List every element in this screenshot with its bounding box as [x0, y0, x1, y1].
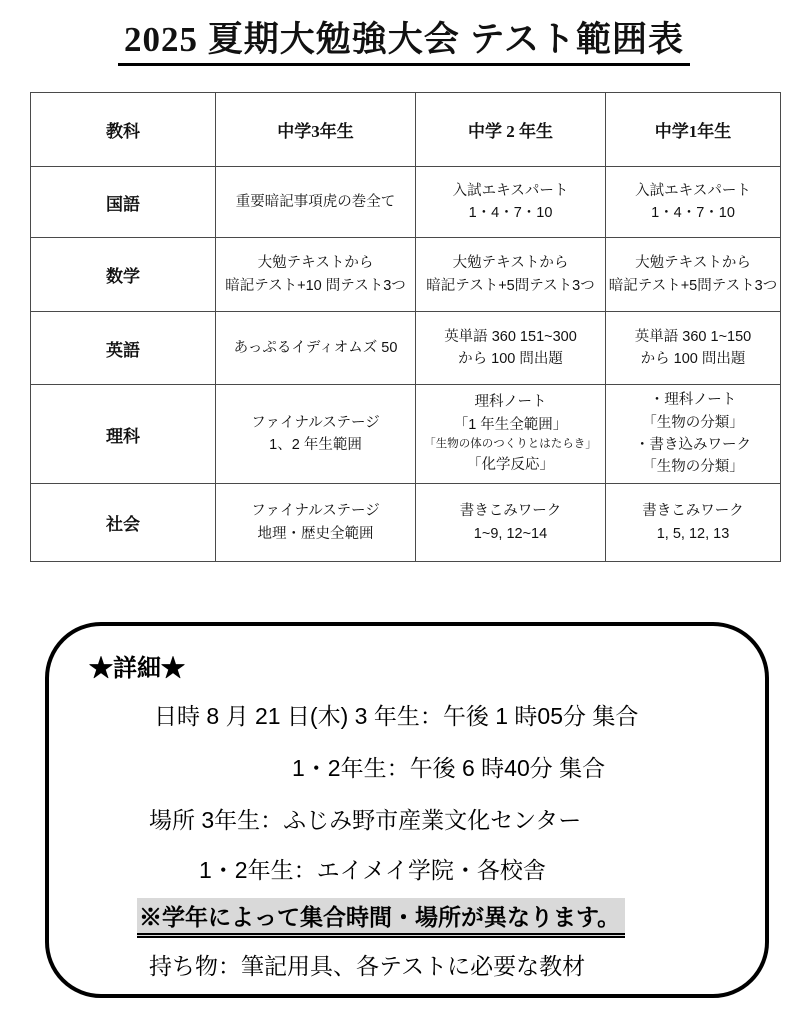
details-belongings: 持ち物：筆記用具、各テストに必要な教材 [149, 948, 585, 981]
header-cell-grade1: 中学1年生 [606, 93, 781, 167]
cell-line: 入試エキスパート [607, 180, 779, 202]
range-cell-g3: あっぷるイディオムズ 50 [216, 312, 416, 385]
cell-line: から 100 問出題 [607, 348, 779, 370]
range-cell-g1: ・理科ノート 「生物の分類」 ・書き込みワーク 「生物の分類」 [606, 385, 781, 484]
cell-line: ファイナルステージ [217, 412, 414, 434]
subject-cell: 国語 [31, 167, 216, 238]
cell-line: 入試エキスパート [417, 180, 604, 202]
subject-cell: 社会 [31, 484, 216, 562]
cell-line: 英単語 360 151~300 [417, 326, 604, 348]
header-cell-subject: 教科 [31, 93, 216, 167]
range-cell-g3: 重要暗記事項虎の巻全て [216, 167, 416, 238]
details-warning: ※学年によって集合時間・場所が異なります。 [137, 898, 625, 938]
cell-line: 1, 5, 12, 13 [607, 523, 779, 545]
range-cell-g1: 大勉テキストから 暗記テスト+5問テスト3つ [606, 238, 781, 312]
cell-line: 1~9, 12~14 [417, 523, 604, 545]
range-cell-g3: ファイナルステージ 地理・歴史全範囲 [216, 484, 416, 562]
cell-line: 暗記テスト+10 問テスト3つ [217, 275, 414, 297]
details-datetime-line1: 日時 8 月 21 日(木) 3 年生：午後 1 時05分 集合 [154, 698, 638, 731]
range-cell-g1: 英単語 360 1~150 から 100 問出題 [606, 312, 781, 385]
details-datetime-line2: 1・2年生：午後 6 時40分 集合 [292, 750, 605, 783]
cell-line: あっぷるイディオムズ 50 [217, 337, 414, 359]
details-place-line2: 1・2年生：エイメイ学院・各校舎 [199, 852, 546, 885]
cell-line: 地理・歴史全範囲 [217, 523, 414, 545]
cell-line: 重要暗記事項虎の巻全て [217, 191, 414, 213]
range-cell-g3: 大勉テキストから 暗記テスト+10 問テスト3つ [216, 238, 416, 312]
table-row-eigo: 英語 あっぷるイディオムズ 50 英単語 360 151~300 から 100 … [31, 312, 781, 385]
range-cell-g1: 書きこみワーク 1, 5, 12, 13 [606, 484, 781, 562]
subject-cell: 英語 [31, 312, 216, 385]
range-cell-g2: 入試エキスパート 1・4・7・10 [416, 167, 606, 238]
range-cell-g3: ファイナルステージ 1、2 年生範囲 [216, 385, 416, 484]
cell-line: ・理科ノート [607, 389, 779, 411]
cell-line: 「生物の体のつくりとはたらき」 [417, 436, 604, 454]
range-cell-g2: 大勉テキストから 暗記テスト+5問テスト3つ [416, 238, 606, 312]
notice-page: 2025 夏期大勉強大会 テスト範囲表 教科 中学3年生 中学 2 年生 中学1… [0, 0, 808, 1024]
test-range-table: 教科 中学3年生 中学 2 年生 中学1年生 国語 重要暗記事項虎の巻全て 入試… [30, 92, 781, 562]
cell-line: 「1 年生全範囲」 [417, 414, 604, 436]
header-cell-grade2: 中学 2 年生 [416, 93, 606, 167]
cell-line: 理科ノート [417, 391, 604, 413]
subject-cell: 数学 [31, 238, 216, 312]
cell-line: 暗記テスト+5問テスト3つ [417, 275, 604, 297]
page-title: 2025 夏期大勉強大会 テスト範囲表 [118, 20, 690, 66]
cell-line: 書きこみワーク [607, 500, 779, 522]
cell-line: ファイナルステージ [217, 500, 414, 522]
title-row: 2025 夏期大勉強大会 テスト範囲表 [0, 20, 808, 66]
details-heading: ★詳細★ [89, 648, 185, 683]
table-header-row: 教科 中学3年生 中学 2 年生 中学1年生 [31, 93, 781, 167]
cell-line: 大勉テキストから [217, 252, 414, 274]
cell-line: 「生物の分類」 [607, 412, 779, 434]
cell-line: 書きこみワーク [417, 500, 604, 522]
range-cell-g2: 理科ノート 「1 年生全範囲」 「生物の体のつくりとはたらき」 「化学反応」 [416, 385, 606, 484]
cell-line: 大勉テキストから [417, 252, 604, 274]
cell-line: 暗記テスト+5問テスト3つ [607, 275, 779, 297]
table-row-shakai: 社会 ファイナルステージ 地理・歴史全範囲 書きこみワーク 1~9, 12~14… [31, 484, 781, 562]
cell-line: 「化学反応」 [417, 454, 604, 476]
cell-line: 1・4・7・10 [417, 202, 604, 224]
cell-line: ・書き込みワーク [607, 434, 779, 456]
range-cell-g2: 英単語 360 151~300 から 100 問出題 [416, 312, 606, 385]
range-cell-g1: 入試エキスパート 1・4・7・10 [606, 167, 781, 238]
cell-line: から 100 問出題 [417, 348, 604, 370]
cell-line: 1、2 年生範囲 [217, 434, 414, 456]
header-cell-grade3: 中学3年生 [216, 93, 416, 167]
cell-line: 1・4・7・10 [607, 202, 779, 224]
cell-line: 大勉テキストから [607, 252, 779, 274]
range-cell-g2: 書きこみワーク 1~9, 12~14 [416, 484, 606, 562]
table-row-rika: 理科 ファイナルステージ 1、2 年生範囲 理科ノート 「1 年生全範囲」 「生… [31, 385, 781, 484]
table-row-sugaku: 数学 大勉テキストから 暗記テスト+10 問テスト3つ 大勉テキストから 暗記テ… [31, 238, 781, 312]
table-row-kokugo: 国語 重要暗記事項虎の巻全て 入試エキスパート 1・4・7・10 入試エキスパー… [31, 167, 781, 238]
subject-cell: 理科 [31, 385, 216, 484]
cell-line: 「生物の分類」 [607, 456, 779, 478]
cell-line: 英単語 360 1~150 [607, 326, 779, 348]
details-place-line1: 場所 3年生：ふじみ野市産業文化センター [149, 802, 581, 835]
details-box: ★詳細★ 日時 8 月 21 日(木) 3 年生：午後 1 時05分 集合 1・… [45, 622, 769, 998]
